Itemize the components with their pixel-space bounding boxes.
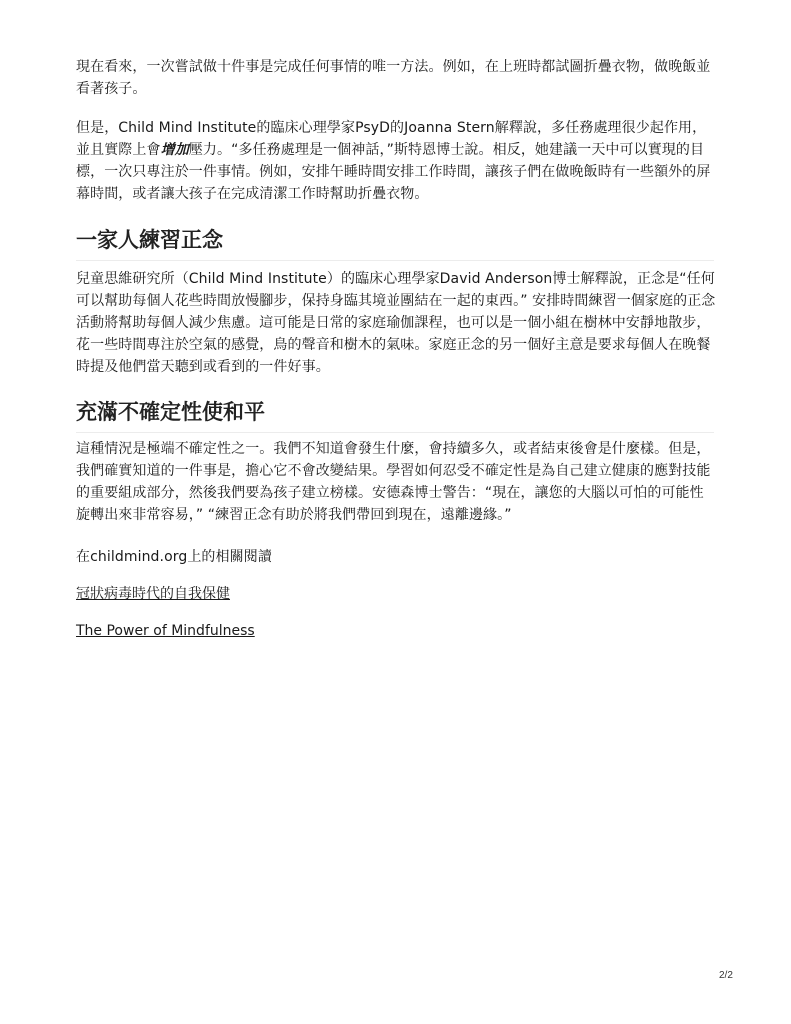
paragraph-mindfulness: 兒童思維研究所（Child Mind Institute）的臨床心理學家Davi… [76,268,716,378]
related-link-self-care[interactable]: 冠狀病毒時代的自我保健 [76,583,230,605]
section-heading-mindfulness: 一家人練習正念 [76,226,714,261]
emphasis-text: 增加 [161,142,189,158]
paragraph-multitasking-myth: 但是，Child Mind Institute的臨床心理學家PsyD的Joann… [76,117,716,205]
section-heading-uncertainty: 充滿不確定性使和平 [76,398,714,433]
related-reading-label: 在childmind.org上的相關閱讀 [76,546,272,568]
paragraph-multitasking-intro: 現在看來，一次嘗試做十件事是完成任何事情的唯一方法。例如，在上班時都試圖折疊衣物… [76,56,716,100]
related-link-power-of-mindfulness[interactable]: The Power of Mindfulness [76,620,255,642]
paragraph-uncertainty: 這種情況是極端不確定性之一。我們不知道會發生什麼，會持續多久，或者結束後會是什麼… [76,438,716,526]
page-number: 2/2 [719,970,733,981]
